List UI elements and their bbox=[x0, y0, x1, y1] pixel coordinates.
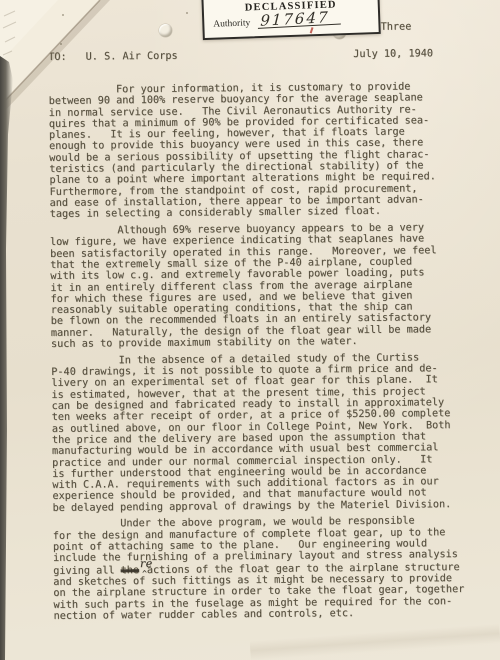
paper-speck bbox=[60, 43, 62, 45]
punch-hole-left bbox=[159, 24, 172, 37]
paper-speck bbox=[186, 12, 188, 14]
paragraph-price-quote: In the absence of a detailed study of th… bbox=[51, 352, 492, 514]
paragraph-experience: Although 69% reserve buoyancy appears to… bbox=[50, 222, 491, 350]
declassified-stamp: DECLASSIFIED Authority 917647 bbox=[201, 0, 381, 40]
struck-word: the bbox=[121, 565, 140, 576]
paper-speck bbox=[62, 14, 64, 16]
document-page: Page Three July 10, 1940 TO:U. S. Air Co… bbox=[0, 0, 500, 660]
stamp-authority-number: 917647 bbox=[258, 10, 342, 28]
date-label: July 10, 1940 bbox=[353, 48, 433, 60]
letter-body: For your information, it is customary to… bbox=[49, 81, 494, 628]
folded-corner bbox=[0, 0, 115, 120]
caret-mark: ^ bbox=[142, 568, 147, 579]
paragraph-program: Under the above program, we would be res… bbox=[53, 515, 494, 622]
stamp-authority-label: Authority bbox=[213, 18, 250, 29]
red-check-mark bbox=[310, 27, 314, 33]
